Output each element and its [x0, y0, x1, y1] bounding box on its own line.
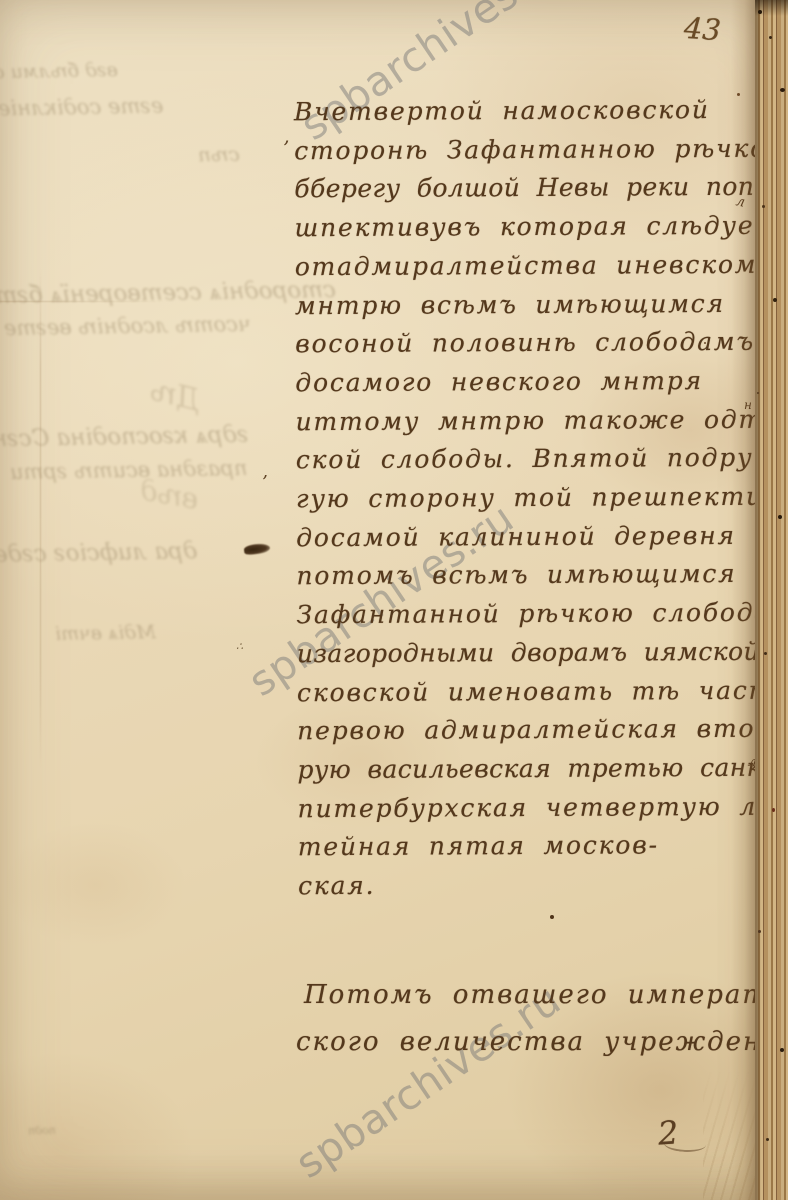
manuscript-line: тейная пятая москов-: [298, 826, 758, 867]
manuscript-line: досамой калининой деревня: [296, 517, 756, 558]
speckle: [737, 93, 740, 96]
bleedthrough-line: стородніѧ ссетворенїѧ бгті: [0, 277, 336, 309]
manuscript-line: отадмиралтейства иневскому: [295, 246, 755, 287]
speckle: [772, 808, 775, 812]
manuscript-line: питербурхская четвертую ли-: [298, 787, 758, 828]
speckle: [758, 10, 762, 14]
speckle: [766, 1138, 769, 1141]
speckle: [764, 652, 767, 655]
manuscript-line: первою адмиралтейская вто: [297, 710, 757, 751]
manuscript-line: сторонѣ Зафантанною рѣчкою: [294, 130, 754, 171]
manuscript-line: мнтрю всѣмъ имѣющимся: [295, 284, 755, 325]
manuscript-line: шпективувъ которая слѣдуетъ: [294, 207, 754, 248]
bleedthrough-line: подп: [28, 1124, 56, 1137]
binding-edge: [755, 0, 788, 1200]
manuscript-line: изагородными дворамъ иямской мо: [297, 633, 757, 674]
manuscript-line: Зафантанной рѣчкою слободамъ: [297, 594, 757, 635]
manuscript-line: потомъ всѣмъ имѣющимся: [296, 555, 756, 596]
manuscript-line: иттому мнтрю такоже одтин: [295, 400, 755, 441]
manuscript-line: ской слободы. Впятой подру: [296, 439, 756, 480]
bleedthrough-line: праздна вситѣ грти: [10, 456, 248, 484]
speckle: [550, 915, 554, 919]
manuscript-line: Потомъ отвашего император=: [304, 972, 788, 1019]
page-corner-curl: [703, 1070, 755, 1200]
bleedthrough-flourish: Дѣ: [147, 372, 205, 418]
page-edge-shadow: [731, 0, 755, 1200]
speckle: [773, 298, 777, 302]
speckle: [769, 36, 772, 39]
manuscript-line: ская.: [298, 865, 758, 906]
margin-mark: ’: [262, 472, 268, 493]
ink-blot: [243, 542, 270, 555]
speckle: [704, 342, 706, 344]
manuscript-line: бберегу болшой Невы реки попре: [294, 168, 754, 209]
manuscript-line: рую васильевская третью санкт: [297, 749, 757, 790]
manuscript-closing-block: Потомъ отвашего император= ского величес…: [296, 972, 788, 1066]
manuscript-line: гую сторону той прешпективы: [296, 478, 756, 519]
speckle: [780, 1048, 784, 1052]
speckle: [758, 930, 761, 933]
manuscript-line: досамого невского мнтря: [295, 362, 755, 403]
speckle: [778, 515, 782, 519]
bleedthrough-line: сѣп: [198, 142, 240, 167]
manuscript-page: вгд бѣлми с егте содіклніе стородніѧ ссе…: [0, 0, 788, 1200]
margin-mark: ’: [283, 136, 289, 160]
bleedthrough-line: Мдіѧ вчті: [55, 621, 156, 646]
manuscript-line: восоной половинѣ слободамъ: [295, 323, 755, 364]
paper-crease-horizontal: [0, 301, 168, 302]
manuscript-text-block: Вчетвертой намосковской сторонѣ Зафантан…: [294, 91, 758, 906]
paper-crease-vertical: [40, 268, 41, 768]
bleedthrough-line: дра лифсіог сгде: [0, 538, 198, 568]
speckle: [757, 392, 759, 394]
manuscript-line: сковской именовать тѣ части: [297, 671, 757, 712]
margin-mark: ∴: [236, 640, 243, 653]
speckle: [762, 205, 765, 208]
bleedthrough-line: гдрѧ кгосподіна Ссгн: [0, 422, 249, 452]
bleedthrough-line: вгд бѣлми с: [0, 59, 118, 83]
folio-number: 43: [683, 11, 722, 47]
manuscript-line: ского величества учрежденная: [296, 1019, 788, 1066]
speckle: [780, 88, 785, 92]
bleedthrough-line: егте содіклніе: [0, 94, 164, 121]
manuscript-line: Вчетвертой намосковской: [294, 91, 754, 132]
